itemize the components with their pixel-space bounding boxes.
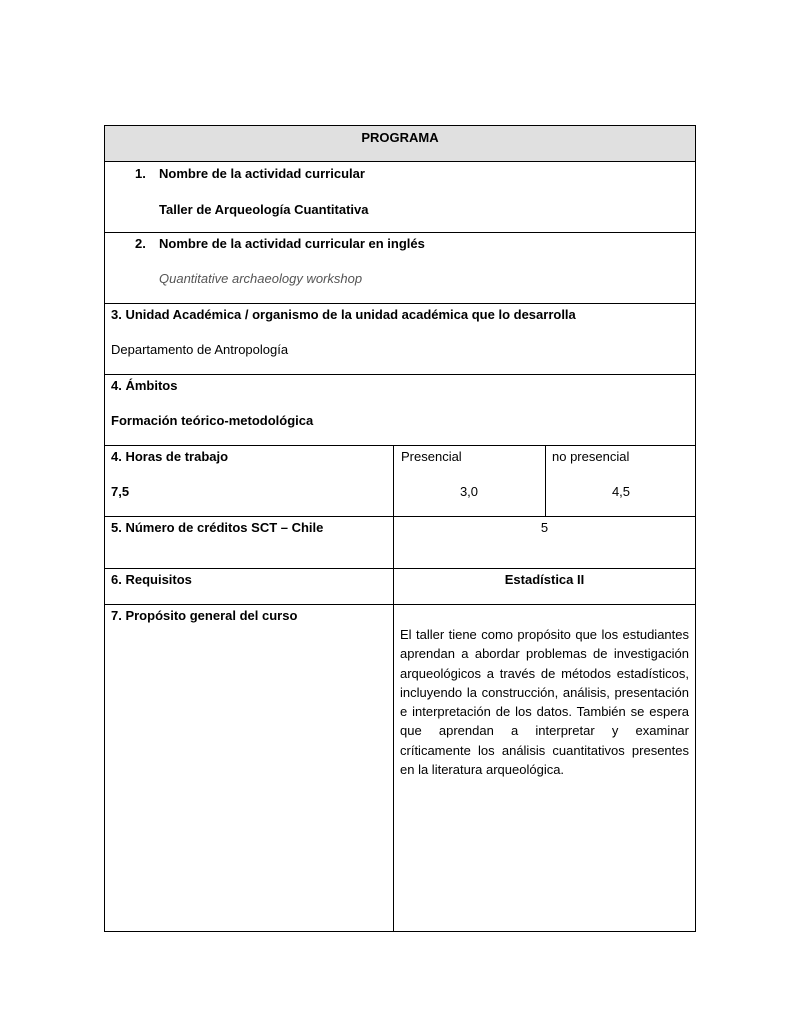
no-presencial-value: 4,5 [546,484,696,500]
row-scope: 4. Ámbitos Formación teórico-metodológic… [105,375,695,446]
purpose-cell: El taller tiene como propósito que los e… [394,605,695,931]
section1-value: Taller de Arqueología Cuantitativa [159,202,368,218]
row-activity-name: 1. Nombre de la actividad curricular Tal… [105,162,695,233]
section6-value: Estadística II [394,572,695,588]
section2-number: 2. [135,236,146,252]
section4a-value: Formación teórico-metodológica [111,413,313,429]
section2-value: Quantitative archaeology workshop [159,271,362,287]
row-activity-name-english: 2. Nombre de la actividad curricular en … [105,233,695,304]
section4a-label: 4. Ámbitos [111,378,177,394]
row-purpose: 7. Propósito general del curso El taller… [105,605,695,931]
section1-number: 1. [135,166,146,182]
section7-value: El taller tiene como propósito que los e… [400,625,689,779]
row-work-hours: 4. Horas de trabajo 7,5 Presencial 3,0 n… [105,446,695,517]
program-header-row: PROGRAMA [105,126,695,162]
presencial-label: Presencial [401,449,462,465]
row-credits: 5. Número de créditos SCT – Chile 5 [105,517,695,569]
section3-label: 3. Unidad Académica / organismo de la un… [111,307,576,323]
program-table: PROGRAMA 1. Nombre de la actividad curri… [104,125,696,932]
row-requirements: 6. Requisitos Estadística II [105,569,695,605]
column-divider [545,446,546,516]
no-presencial-label: no presencial [552,449,629,465]
section1-label: Nombre de la actividad curricular [159,166,365,182]
section7-label: 7. Propósito general del curso [111,608,297,624]
presencial-value: 3,0 [394,484,544,500]
section4b-total: 7,5 [111,484,129,500]
section5-label: 5. Número de créditos SCT – Chile [111,520,323,536]
section6-label: 6. Requisitos [111,572,192,588]
column-divider [393,446,394,516]
section4b-label: 4. Horas de trabajo [111,449,228,465]
section3-value: Departamento de Antropología [111,342,288,358]
row-academic-unit: 3. Unidad Académica / organismo de la un… [105,304,695,375]
section2-label: Nombre de la actividad curricular en ing… [159,236,425,252]
section5-value: 5 [394,520,695,536]
program-title: PROGRAMA [105,130,695,146]
